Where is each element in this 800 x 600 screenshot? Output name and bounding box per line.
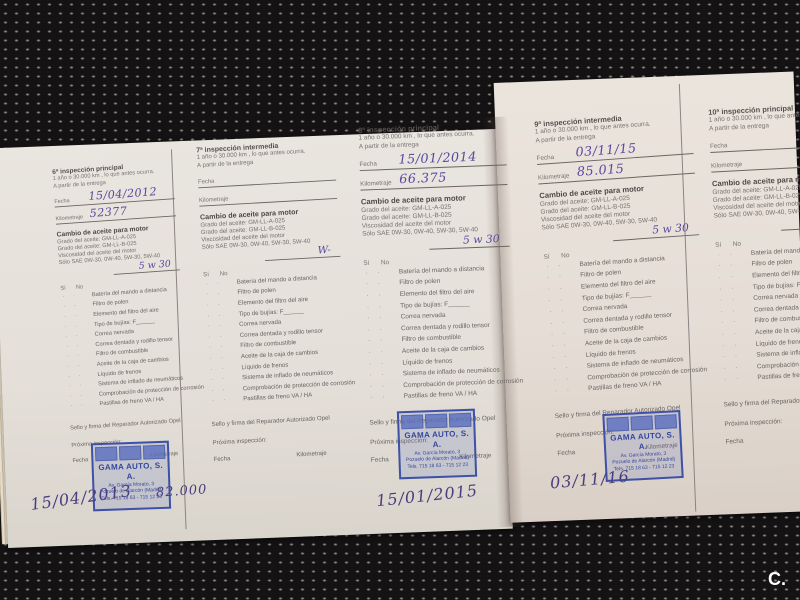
- no-label: No: [561, 251, 579, 260]
- checkbox-dots: ··: [553, 364, 577, 374]
- viscosity-handwritten: 5 w 30: [138, 258, 171, 272]
- stamp-company: GAMA AUTO, S. A.: [94, 461, 169, 484]
- checkbox-dots: ··: [370, 382, 394, 391]
- date-label: Fecha: [198, 178, 215, 186]
- date-label: Fecha: [536, 154, 554, 163]
- inspection-page: 9ª inspección intermedia 1 año o 30.000 …: [534, 109, 714, 459]
- checkbox-dots: ··: [69, 382, 90, 391]
- checklist-item-label: Líquido de frenos: [402, 357, 452, 367]
- checkbox-dots: ··: [719, 284, 743, 293]
- checkbox-dots: ··: [69, 392, 90, 401]
- no-label: No: [76, 283, 92, 291]
- checkbox-dots: ··: [211, 375, 234, 384]
- checklist-item-label: Correa nervada: [753, 293, 798, 303]
- checkbox-dots: ··: [551, 330, 575, 340]
- next-date-label: Fecha: [371, 457, 389, 465]
- viscosity-handwritten: W-: [317, 243, 331, 256]
- checkbox-dots: ··: [549, 307, 573, 317]
- checklist-item-label: Filtro de polen: [580, 270, 621, 281]
- checkbox-dots: ··: [65, 322, 86, 331]
- km-field: Kilometraje: [711, 149, 800, 172]
- km-label: Kilometraje: [538, 173, 570, 183]
- checkbox-dots: ··: [210, 354, 233, 363]
- checklist: SíNo ··Batería del mando a distancia··Fi…: [543, 243, 710, 400]
- checklist-item-label: Filtro de polen: [92, 299, 128, 309]
- checklist-item-label: Pastillas de freno VA / HA: [404, 391, 478, 402]
- no-label: No: [220, 270, 237, 278]
- date-label: Fecha: [359, 161, 377, 170]
- viscosity-handwritten: 5 w 30: [652, 221, 690, 237]
- checklist-item-label: Líquido de frenos: [756, 338, 800, 349]
- seal-label: Sello y firma del Reparador Autorizado O…: [70, 417, 191, 432]
- date-handwritten: 03/11/15: [575, 141, 637, 161]
- checkbox-dots: ··: [367, 314, 391, 323]
- km-label: Kilometraje: [360, 180, 392, 189]
- chevrolet-logo-icon: [449, 413, 471, 428]
- checkbox-dots: ··: [369, 371, 393, 380]
- next-date-label: Fecha: [72, 457, 88, 464]
- next-date-label: Fecha: [725, 438, 743, 446]
- km-field: Kilometraje: [199, 184, 338, 206]
- date-handwritten: 15/01/2014: [398, 150, 477, 169]
- checkbox-dots: ··: [208, 333, 231, 342]
- checklist-item-label: Filtro de polen: [751, 259, 792, 269]
- checklist-item-label: Correa nervada: [582, 303, 627, 314]
- no-label: No: [733, 240, 751, 249]
- checkbox-dots: ··: [63, 292, 84, 301]
- checklist-item-label: Aceite de la caja de cambios: [402, 345, 485, 356]
- yes-label: Sí: [60, 284, 76, 292]
- gm-logo-icon: [425, 414, 447, 429]
- viscosity-field: 5 w 30: [428, 234, 509, 250]
- checklist-item-label: Filtro de combustible: [401, 334, 461, 344]
- gm-logo-icon: [630, 415, 653, 430]
- next-date-label: Fecha: [557, 450, 575, 458]
- checklist-item-label: Elemento del filtro del aire: [400, 288, 475, 299]
- yes-label: Sí: [203, 271, 220, 279]
- checkbox-dots: ··: [552, 352, 576, 362]
- checkbox-dots: ··: [212, 397, 235, 406]
- yes-label: Sí: [363, 259, 381, 268]
- km-handwritten: 66.375: [399, 170, 447, 188]
- checkbox-dots: ··: [722, 330, 746, 339]
- no-label: No: [381, 258, 399, 267]
- checkbox-dots: ··: [63, 302, 84, 311]
- checkbox-dots: ··: [67, 352, 88, 361]
- checkbox-dots: ··: [720, 307, 744, 316]
- checkbox-dots: ··: [369, 360, 393, 369]
- checkbox-dots: ··: [208, 322, 231, 331]
- dealer-stamp: GAMA AUTO, S. A.Av. García Morato, 3Pozu…: [397, 409, 477, 480]
- inspection-page: 7ª inspección intermedia 1 año o 30.000 …: [196, 138, 352, 464]
- checkbox-dots: ··: [65, 332, 86, 341]
- checkbox-dots: ··: [554, 375, 578, 385]
- date-label: Fecha: [54, 198, 70, 206]
- yes-label: Sí: [715, 241, 733, 250]
- checklist: SíNo ··Batería del mando a distancia··Fi…: [203, 264, 348, 409]
- checklist-item-label: Correa nervada: [401, 312, 446, 322]
- checkbox-dots: ··: [207, 311, 230, 320]
- checkbox-dots: ··: [548, 296, 572, 306]
- checkbox-dots: ··: [366, 280, 390, 289]
- checkbox-dots: ··: [209, 343, 232, 352]
- checkbox-dots: ··: [365, 269, 389, 278]
- checkbox-dots: ··: [211, 386, 234, 395]
- next-km-label: Kilometraje: [296, 451, 327, 459]
- next-inspection-label: Próxima inspección:: [724, 414, 800, 430]
- checkbox-dots: ··: [205, 280, 228, 289]
- date-handwritten: 15/04/2012: [88, 185, 158, 204]
- checkbox-dots: ··: [717, 250, 741, 259]
- seal-label: Sello y firma del Reparador Autorizado O…: [723, 394, 800, 410]
- checkbox-dots: ··: [718, 262, 742, 271]
- date-field: Fecha 15/01/2014: [359, 150, 506, 171]
- km-label: Kilometraje: [711, 161, 743, 170]
- checklist-item-label: Líquido de frenos: [241, 362, 288, 372]
- checklist: SíNo ··Batería del mando a distancia··Fi…: [60, 277, 189, 414]
- checkbox-dots: ··: [66, 342, 87, 351]
- checkbox-dots: ··: [369, 348, 393, 357]
- opel-logo-icon: [606, 417, 629, 432]
- date-label: Fecha: [710, 142, 728, 151]
- checkbox-dots: ··: [723, 364, 747, 373]
- checklist: SíNo ··Batería del mando a distancia··Fi…: [715, 234, 800, 388]
- checkbox-dots: ··: [724, 375, 748, 384]
- checkbox-dots: ··: [723, 352, 747, 361]
- checkbox-dots: ··: [210, 365, 233, 374]
- checklist-item-label: Batería del mando a distancia: [399, 265, 485, 276]
- next-date-label: Fecha: [213, 456, 230, 463]
- checkbox-dots: ··: [67, 362, 88, 371]
- checkbox-dots: ··: [547, 273, 571, 283]
- checkbox-dots: ··: [68, 372, 89, 381]
- inspection-page: 6ª inspección principal 1 año o 30.000 k…: [52, 160, 193, 466]
- checkbox-dots: ··: [70, 402, 91, 411]
- km-label: Kilometraje: [55, 214, 83, 223]
- km-label: Kilometraje: [199, 196, 229, 205]
- checkbox-dots: ··: [548, 284, 572, 294]
- viscosity-handwritten: 5 w 30: [463, 232, 500, 247]
- chevrolet-logo-icon: [654, 414, 677, 429]
- checkbox-dots: ··: [546, 262, 570, 272]
- checkbox-dots: ··: [720, 296, 744, 305]
- checklist-item-label: Filtro de combustible: [240, 340, 296, 351]
- checkbox-dots: ··: [366, 292, 390, 301]
- chevrolet-logo-icon: [143, 445, 165, 460]
- next-inspection-label: Próxima inspección:: [212, 432, 350, 447]
- checkbox-dots: ··: [64, 312, 85, 321]
- km-handwritten: 52377: [89, 205, 128, 222]
- checklist-item-label: Filtro de polen: [399, 278, 440, 288]
- stamp-company: GAMA AUTO, S. A.: [400, 429, 475, 452]
- opel-logo-icon: [95, 446, 117, 461]
- checklist: SíNo ··Batería del mando a distancia··Fi…: [363, 254, 516, 406]
- checkbox-dots: ··: [552, 341, 576, 351]
- checkbox-dots: ··: [722, 341, 746, 350]
- checklist-item-label: Tipo de bujías: F______: [400, 300, 470, 311]
- checkbox-dots: ··: [368, 326, 392, 335]
- checkbox-dots: ··: [550, 318, 574, 328]
- checklist-item-label: Correa nervada: [239, 319, 282, 329]
- km-handwritten: 85.015: [576, 162, 625, 181]
- watermark: C.: [768, 569, 786, 590]
- checkbox-dots: ··: [367, 303, 391, 312]
- checklist-item-label: Filtro de polen: [237, 288, 276, 298]
- checkbox-dots: ··: [206, 290, 229, 299]
- opel-logo-icon: [401, 414, 423, 429]
- seal-label: Sello y firma del Reparador Autorizado O…: [211, 414, 349, 429]
- checkbox-dots: ··: [368, 337, 392, 346]
- yes-label: Sí: [543, 252, 561, 261]
- checkbox-dots: ··: [207, 301, 230, 310]
- gm-logo-icon: [119, 446, 141, 461]
- checklist-item-label: Correa nervada: [94, 329, 134, 339]
- checkbox-dots: ··: [555, 386, 579, 396]
- checkbox-dots: ··: [719, 273, 743, 282]
- checkbox-dots: ··: [721, 318, 745, 327]
- date-field: Fecha: [710, 130, 800, 153]
- checkbox-dots: ··: [370, 394, 394, 403]
- km-field: Kilometraje 66.375: [360, 169, 507, 190]
